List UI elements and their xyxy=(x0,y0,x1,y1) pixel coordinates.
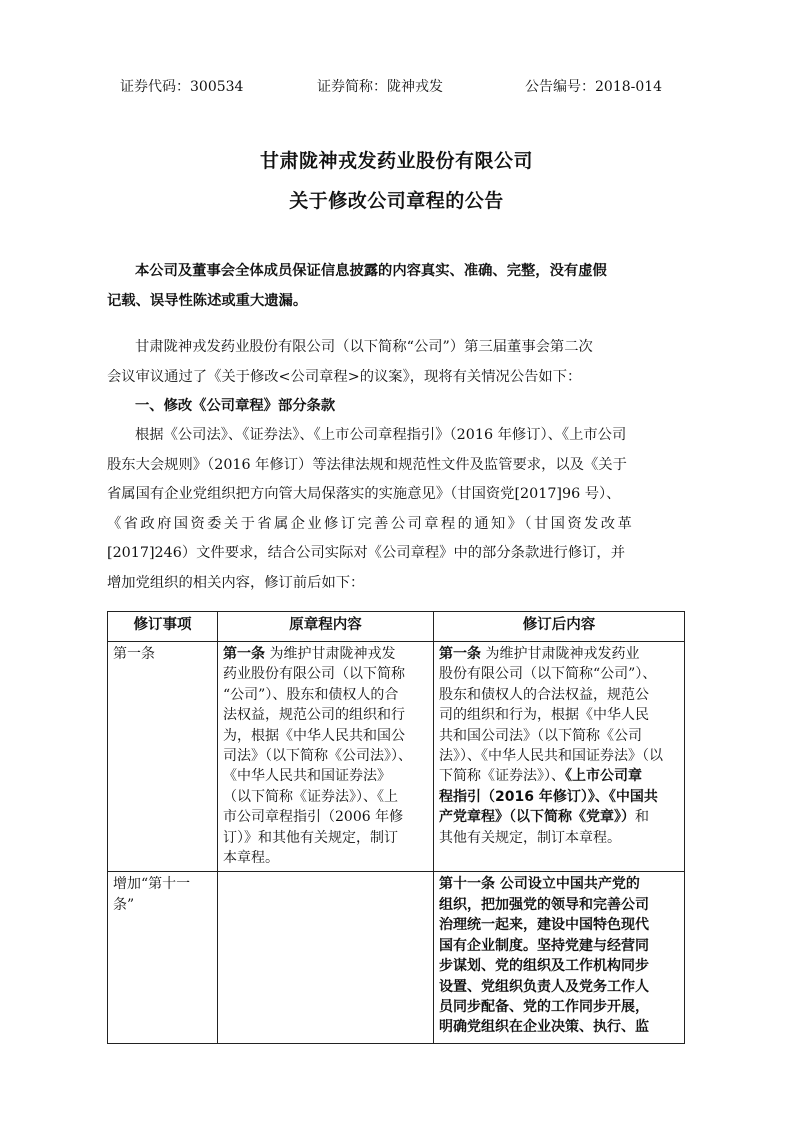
statement-line: 记载、误导性陈述或重大遗漏。 xyxy=(107,287,683,317)
revised-line: 组织，把加强党的领导和完善公司 xyxy=(439,895,680,915)
revised-line: 治理统一起来，建设中国特色现代 xyxy=(439,915,680,935)
original-line: 订）》和其他有关规定，制订 xyxy=(223,828,429,848)
section-line: 股东大会规则》（2016 年修订）等法律法规和规范性文件及监管要求，以及《关于 xyxy=(107,451,683,481)
section-line: 《省政府国资委关于省属企业修订完善公司章程的通知》（甘国资发改革 xyxy=(107,510,683,540)
table-header-row: 修订事项 原章程内容 修订后内容 xyxy=(108,612,685,642)
original-line: 本章程。 xyxy=(223,848,429,868)
section-line: 根据《公司法》、《证券法》、《上市公司章程指引》（2016 年修订）、《上市公司 xyxy=(107,421,683,451)
revised-line: 员同步配备、党的工作同步开展， xyxy=(439,997,680,1017)
intro-line: 会议审议通过了《关于修改<公司章程>的议案》，现将有关情况公告如下： xyxy=(107,363,683,393)
revised-line: 设置、党组织负责人及党务工作人 xyxy=(439,977,680,997)
revised-bold-text: 《上市公司章 xyxy=(565,768,642,784)
original-line: （以下简称《证券法》）、《上 xyxy=(223,787,429,807)
original-line: 药业股份有限公司（以下简称 xyxy=(223,664,429,684)
original-line: 《中华人民共和国证券法》 xyxy=(223,766,429,786)
revised-line: 下简称《证券法》）、《上市公司章 xyxy=(439,766,680,786)
item-cell: 第一条 xyxy=(108,642,218,872)
disclosure-statement: 本公司及董事会全体成员保证信息披露的内容真实、准确、完整，没有虚假 记载、误导性… xyxy=(107,257,683,316)
section-line: 省属国有企业党组织把方向管大局保落实的实施意见》（甘国资党[2017]96 号）… xyxy=(107,480,683,510)
original-line: 为，根据《中华人民共和国公 xyxy=(223,726,429,746)
table-row: 第一条 第一条 为维护甘肃陇神戎发 药业股份有限公司（以下简称 “公司”）、股东… xyxy=(108,642,685,872)
revised-text: 下简称《证券法》）、 xyxy=(439,768,565,784)
col-header-original: 原章程内容 xyxy=(218,612,434,642)
revised-line: 法》）、《中华人民共和国证券法》（以 xyxy=(439,746,680,766)
table-row: 增加“第十一 条” 第十一条 公司设立中国共产党的 组织，把加强党的领导和完善公… xyxy=(108,872,685,1044)
revised-line: 产党章程》（以下简称《党章》）和 xyxy=(439,807,680,827)
revised-line: 共和国公司法》（以下简称《公司 xyxy=(439,726,680,746)
notice-title: 关于修改公司章程的公告 xyxy=(0,186,793,213)
revised-text: 为维护甘肃陇神戎发药业 xyxy=(481,646,639,662)
notice-number: 公告编号：2018-014 xyxy=(525,76,662,96)
item-cell: 增加“第十一 条” xyxy=(108,872,218,1044)
item-text: 第一条 xyxy=(113,644,213,664)
revised-bold-text: 产党章程》（以下简称《党章》） xyxy=(439,809,635,825)
col-header-revised: 修订后内容 xyxy=(434,612,685,642)
original-cell xyxy=(218,872,434,1044)
revised-line: 国有企业制度。坚持党建与经营同 xyxy=(439,936,680,956)
section-line: 增加党组织的相关内容，修订前后如下： xyxy=(107,569,683,599)
article-label: 第一条 xyxy=(223,646,265,662)
revised-cell: 第十一条 公司设立中国共产党的 组织，把加强党的领导和完善公司 治理统一起来，建… xyxy=(434,872,685,1044)
revised-text: 和 xyxy=(635,809,649,825)
revised-line: 步谋划、党的组织及工作机构同步 xyxy=(439,956,680,976)
revised-cell: 第一条 为维护甘肃陇神戎发药业 股份有限公司（以下简称“公司”）、 股东和债权人… xyxy=(434,642,685,872)
original-line: 市公司章程指引（2006 年修 xyxy=(223,807,429,827)
article-label: 第一条 xyxy=(439,646,481,662)
statement-line: 本公司及董事会全体成员保证信息披露的内容真实、准确、完整，没有虚假 xyxy=(107,257,683,287)
stock-code: 证券代码：300534 xyxy=(120,76,243,96)
original-cell: 第一条 为维护甘肃陇神戎发 药业股份有限公司（以下简称 “公司”）、股东和债权人… xyxy=(218,642,434,872)
stock-name: 证券简称：陇神戎发 xyxy=(317,76,443,96)
revised-line: 第一条 为维护甘肃陇神戎发药业 xyxy=(439,644,680,664)
original-line: 法权益，规范公司的组织和行 xyxy=(223,705,429,725)
item-text: 增加“第十一 xyxy=(113,874,213,894)
original-text: 为维护甘肃陇神戎发 xyxy=(265,646,395,662)
document-header: 证券代码：300534 证券简称：陇神戎发 公告编号：2018-014 xyxy=(120,76,680,96)
section-body: 根据《公司法》、《证券法》、《上市公司章程指引》（2016 年修订）、《上市公司… xyxy=(107,421,683,598)
revised-line: 程指引（2016 年修订）》、《中国共 xyxy=(439,787,680,807)
section-line: [2017]246）文件要求，结合公司实际对《公司章程》中的部分条款进行修订，并 xyxy=(107,539,683,569)
original-line: 司法》（以下简称《公司法》）、 xyxy=(223,746,429,766)
revised-line: 股东和债权人的合法权益，规范公 xyxy=(439,685,680,705)
revised-line: 其他有关规定，制订本章程。 xyxy=(439,828,680,848)
col-header-item: 修订事项 xyxy=(108,612,218,642)
revised-line: 明确党组织在企业决策、执行、监 xyxy=(439,1017,680,1037)
item-text: 条” xyxy=(113,895,213,915)
revised-line: 股份有限公司（以下简称“公司”）、 xyxy=(439,664,680,684)
company-title: 甘肃陇神戎发药业股份有限公司 xyxy=(0,146,793,173)
intro-paragraph: 甘肃陇神戎发药业股份有限公司（以下简称“公司”）第三届董事会第二次 会议审议通过… xyxy=(107,333,683,392)
revised-line: 司的组织和行为，根据《中华人民 xyxy=(439,705,680,725)
intro-line: 甘肃陇神戎发药业股份有限公司（以下简称“公司”）第三届董事会第二次 xyxy=(107,333,683,363)
original-line: “公司”）、股东和债权人的合 xyxy=(223,685,429,705)
section-heading: 一、修改《公司章程》部分条款 xyxy=(107,392,711,422)
revised-line: 第十一条 公司设立中国共产党的 xyxy=(439,874,680,894)
revision-table: 修订事项 原章程内容 修订后内容 第一条 第一条 为维护甘肃陇神戎发 药业股份有… xyxy=(107,611,685,1044)
original-line: 第一条 为维护甘肃陇神戎发 xyxy=(223,644,429,664)
